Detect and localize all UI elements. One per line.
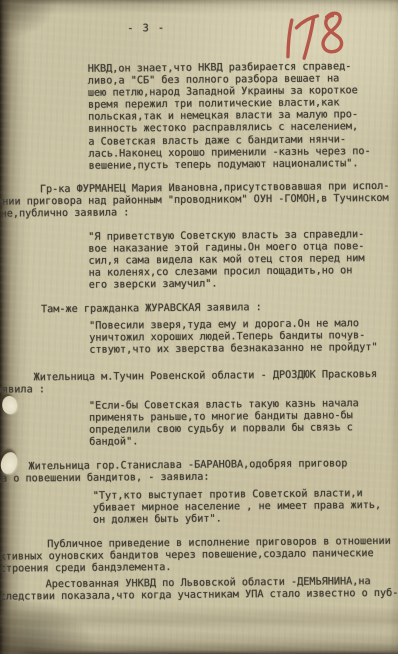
paragraph-baranova-quote: "Тут,кто выступает против Советской влас… [93,488,382,527]
paragraph-demyanina: Арестованная УНКВД по Львовской области … [0,576,398,604]
text-line: следствии показала,что когда участникам … [0,588,398,604]
text-line: его зверски замучил". [89,277,365,292]
text-line: настроения среди бандэлемента. [0,560,391,576]
page-number: - 3 - [127,23,165,35]
text-line: бандой". [89,434,359,449]
paragraph-zhuravska-intro: Там-же гражданка ЖУРАВСКАЯ заявила : [41,302,262,316]
text-line: суда о повешении бандитов, - заявила: [0,470,348,486]
paragraph-conclusion: Публичное приведение в исполнение пригов… [0,536,391,576]
text-line: вешение,пусть теперь подумают националис… [89,158,371,173]
paragraph-furmanets-intro: Гр-ка ФУРМАНЕЦ Мария Ивановна,присутство… [0,181,390,221]
paragraph-furmanets-quote: "Я приветствую Советскую власть за справ… [88,229,365,292]
text-line: Там-же гражданка ЖУРАВСКАЯ заявила : [41,302,262,316]
paragraph-quote-continued: НКВД,он знает,что НКВД разбирается справ… [88,61,371,173]
paragraph-drozdyuk-intro: Жительница м.Тучин Ровенской области - Д… [0,369,377,397]
text-line: районе,публично заявила : [0,205,390,221]
text-line: ствуют,что их зверства безнаказанно не п… [89,342,377,357]
paragraph-zhuravska-quote: "Повесили зверя,туда ему и дорога.Он не … [89,318,378,357]
paragraph-drozdyuk-quote: "Если-бы Советская власть такую казнь на… [89,398,359,449]
text-line: он должен быть убит". [93,512,381,527]
paragraph-baranova-intro: Жительница гор.Станислава -БАРАНОВА,одоб… [0,458,348,486]
typewritten-text-layer: - 3 - НКВД,он знает,что НКВД разбирается… [0,0,398,654]
